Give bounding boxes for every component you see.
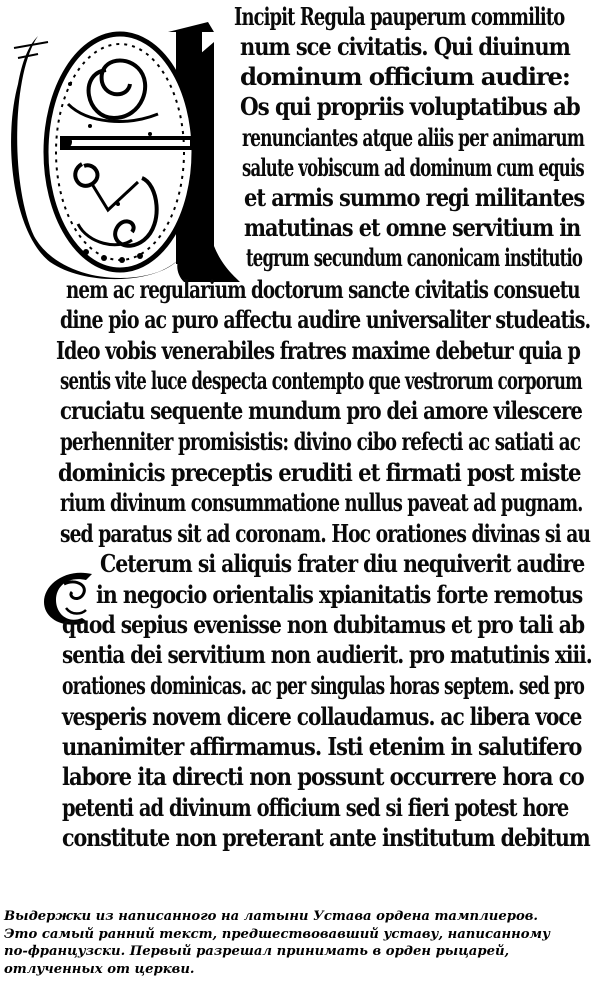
manuscript-facsimile: Incipit Regula pauperum commilito num sc…: [0, 0, 600, 880]
manuscript-line-1: Incipit Regula pauperum commilito: [234, 2, 564, 32]
manuscript-line-21: quod sepius evenisse non dubitamus et pr…: [62, 610, 584, 640]
manuscript-line-8: matutinas et omne servitium in: [244, 213, 580, 243]
manuscript-line-19: Ceterum si aliquis frater diu nequiverit…: [100, 549, 584, 579]
manuscript-line-26: labore ita directi non possunt occurrere…: [62, 762, 584, 792]
manuscript-line-4: Os qui propriis voluptatibus ab: [240, 92, 580, 122]
caption-line-1: Выдержки из написанного на латыни Устава…: [4, 908, 596, 926]
manuscript-line-28: constitute non preterant ante institutum…: [62, 823, 590, 853]
book-page: Incipit Regula pauperum commilito num sc…: [0, 0, 600, 987]
illuminated-initial-icon: [8, 14, 240, 286]
manuscript-line-16: dominicis preceptis eruditi et firmati p…: [58, 458, 580, 488]
manuscript-line-18: sed paratus sit ad coronam. Hoc oratione…: [60, 519, 590, 549]
manuscript-line-23: orationes dominicas. ac per singulas hor…: [62, 671, 584, 701]
manuscript-line-27: petenti ad divinum officium sed si fieri…: [62, 793, 568, 823]
caption-line-4: отлученных от церкви.: [4, 961, 596, 979]
manuscript-line-11: dine pio ac puro affectu audire universa…: [60, 305, 590, 335]
manuscript-line-9: tegrum secundum canonicam institutio: [246, 243, 582, 273]
caption-line-2: Это самый ранний текст, предшествовавший…: [4, 926, 596, 944]
manuscript-line-24: vesperis novem dicere collaudamus. ac li…: [62, 702, 581, 732]
figure-caption: Выдержки из написанного на латыни Устава…: [4, 908, 596, 978]
manuscript-line-15: perhenniter promisistis: divino cibo ref…: [60, 427, 580, 457]
manuscript-line-20: in negocio orientalis xpianitatis forte …: [96, 580, 582, 610]
manuscript-line-22: sentia dei servitium non audierit. pro m…: [62, 640, 592, 670]
manuscript-line-2: num sce civitatis. Qui diuinum: [240, 32, 570, 62]
manuscript-line-5: renunciantes atque aliis per animarum: [242, 123, 584, 153]
caption-line-3: по-французски. Первый разрешал принимать…: [4, 943, 596, 961]
manuscript-line-12: Ideo vobis venerabiles fratres maxime de…: [56, 336, 580, 366]
manuscript-line-7: et armis summo regi militantes: [244, 183, 584, 213]
manuscript-line-25: unanimiter affirmamus. Isti etenim in sa…: [62, 732, 581, 762]
manuscript-line-14: cruciatu sequente mundum pro dei amore v…: [60, 396, 582, 426]
manuscript-line-6: salute vobiscum ad dominum cum equis: [242, 153, 584, 183]
manuscript-line-17: rium divinum consummatione nullus paveat…: [60, 488, 583, 518]
manuscript-line-10: nem ac regularium doctorum sancte civita…: [66, 275, 580, 305]
manuscript-line-13: sentis vite luce despecta contempto que …: [60, 366, 582, 396]
manuscript-line-3: dominum officium audire:: [240, 62, 570, 92]
